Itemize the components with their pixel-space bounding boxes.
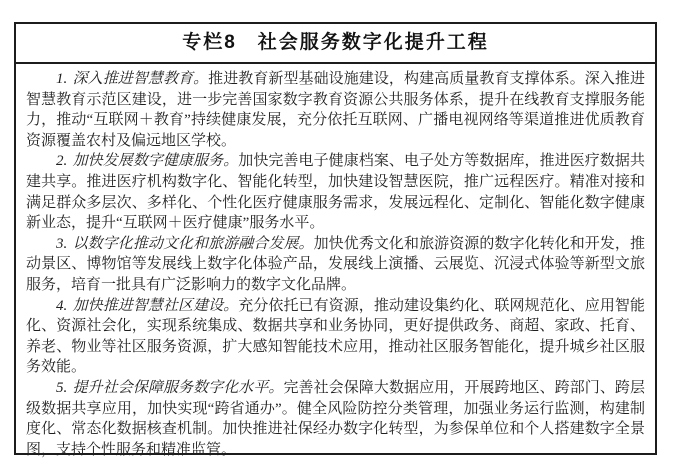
item-number: 3. (56, 236, 67, 252)
item-heading: 提升社会保障服务数字化水平。 (73, 380, 284, 396)
item-number: 1. (56, 71, 67, 87)
boxed-item-2: 2.加快发展数字健康服务。加快完善电子健康档案、电子处方等数据库，推进医疗数据共… (26, 151, 645, 233)
boxed-item-4: 4.加快推进智慧社区建设。充分依托已有资源，推动建设集约化、联网规范化、应用智能… (26, 296, 645, 378)
item-number: 2. (56, 153, 67, 169)
item-heading: 加快发展数字健康服务。 (73, 153, 239, 169)
boxed-item-3: 3.以数字化推动文化和旅游融合发展。加快优秀文化和旅游资源的数字化转化和开发，推… (26, 234, 645, 296)
boxed-item-1: 1.深入推进智慧教育。推进教育新型基础设施建设，构建高质量教育支撑体系。深入推进… (26, 69, 645, 151)
item-heading: 深入推进智慧教育。 (73, 71, 209, 87)
item-heading: 加快推进智慧社区建设。 (73, 298, 239, 314)
column-box: 专栏8 社会服务数字化提升工程 1.深入推进智慧教育。推进教育新型基础设施建设，… (14, 22, 657, 455)
column-box-title: 专栏8 社会服务数字化提升工程 (16, 24, 655, 64)
boxed-item-5: 5.提升社会保障服务数字化水平。完善社会保障大数据应用，开展跨地区、跨部门、跨层… (26, 378, 645, 460)
item-number: 4. (56, 298, 67, 314)
item-number: 5. (56, 380, 67, 396)
item-heading: 以数字化推动文化和旅游融合发展。 (73, 236, 314, 252)
column-box-body: 1.深入推进智慧教育。推进教育新型基础设施建设，构建高质量教育支撑体系。深入推进… (16, 64, 655, 460)
